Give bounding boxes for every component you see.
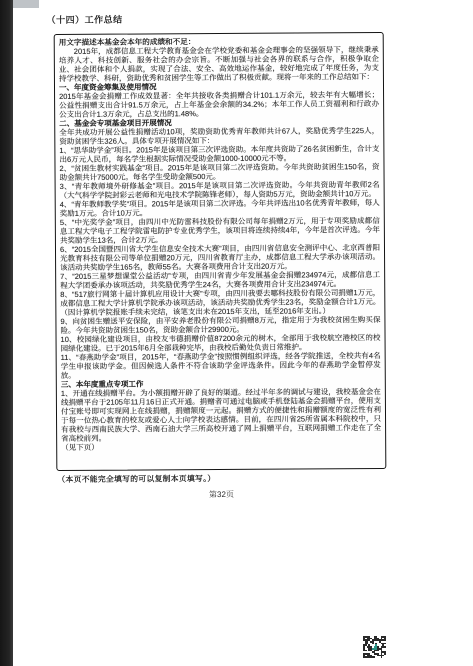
summary-paragraph: 2、“贫困生教材实践基金”项目。2015年是该项目第二次评选资助。今年共资助贫困…	[59, 162, 379, 182]
scanned-form-page: （十四）工作总结 用文字描述本基金会本年的成绩和不足： 2015年，成都信息工程…	[0, 0, 473, 666]
qr-code	[363, 636, 386, 658]
qr-code-pattern	[363, 636, 386, 658]
summary-paragraph: 1、开通在线捐赠平台。为小额捐赠开辟了良好的渠道。经过半年多的调试与建设，我校基…	[61, 387, 381, 443]
summary-paragraph: 4、“青年教师教学奖”项目。2015年是该项目第二次评选。今年共评选出10名优秀…	[60, 198, 380, 218]
summary-paragraph: 7、“2015三星梦想课堂公益活动”专项，由四川省青少年发展基金会捐赠23497…	[60, 270, 380, 290]
summary-paragraph: 10、校园绿化建设项目，由校友韦德捐赠价值87200余元的树木，全部用于我校航空…	[61, 333, 381, 353]
summary-paragraph: 9、向贫困生赠送平安保险，由平安养老股份有限公司捐赠8万元，指定用于为我校贫困生…	[60, 315, 380, 335]
summary-paragraph: 5、“中光奖学金”项目，由四川中光防雷科技股份有限公司每年捐赠2万元，用于专项奖…	[60, 216, 380, 245]
summary-paragraph: 8、“517旅行网第十届计算机应用设计大赛”专项，由四川我要去哪科技股份有限公司…	[60, 288, 380, 317]
work-summary-box: 用文字描述本基金会本年的成绩和不足： 2015年，成都信息工程大学教育基金会在学…	[54, 32, 387, 471]
summary-paragraphs: 2015年，成都信息工程大学教育基金会在学校党委和基金会理事会的坚强领导下，继续…	[59, 45, 381, 452]
summary-paragraph: （见下页）	[61, 441, 381, 452]
summary-paragraph: 6、“2015全国暨四川省大学生信息安全技术大赛”项目，由四川省信息安全测评中心…	[60, 243, 380, 272]
summary-paragraph: 2015年，成都信息工程大学教育基金会在学校党委和基金会理事会的坚强领导下，继续…	[59, 45, 379, 83]
page-number: 第32页	[56, 488, 386, 501]
summary-paragraph: 1、“思华助学金”项目。2015年是该项目第三次评选资助。本年度共资助了26名贫…	[59, 144, 379, 164]
summary-paragraph: 2015年基金会捐赠工作成效显著：全年共接收各类捐赠合计101.1万余元，较去年…	[59, 90, 379, 119]
copy-page-footnote: （本页不能完全填写的可以复制本页填写。）	[57, 473, 215, 485]
summary-paragraph: 3、“青年教师境外研修基金”项目。2015年是该项目第二次评选资助。今年共资助青…	[60, 180, 380, 200]
page-title: （十四）工作总结	[47, 13, 123, 26]
summary-paragraph: 11、“春燕助学金”项目，2015年，“春燕助学金”按照惯例组织评选，经各学院推…	[61, 351, 381, 380]
summary-paragraph: 全年共成功开展公益性捐赠活动10项，奖励资助优秀青年教师共计67人，奖励优秀学生…	[59, 126, 379, 146]
